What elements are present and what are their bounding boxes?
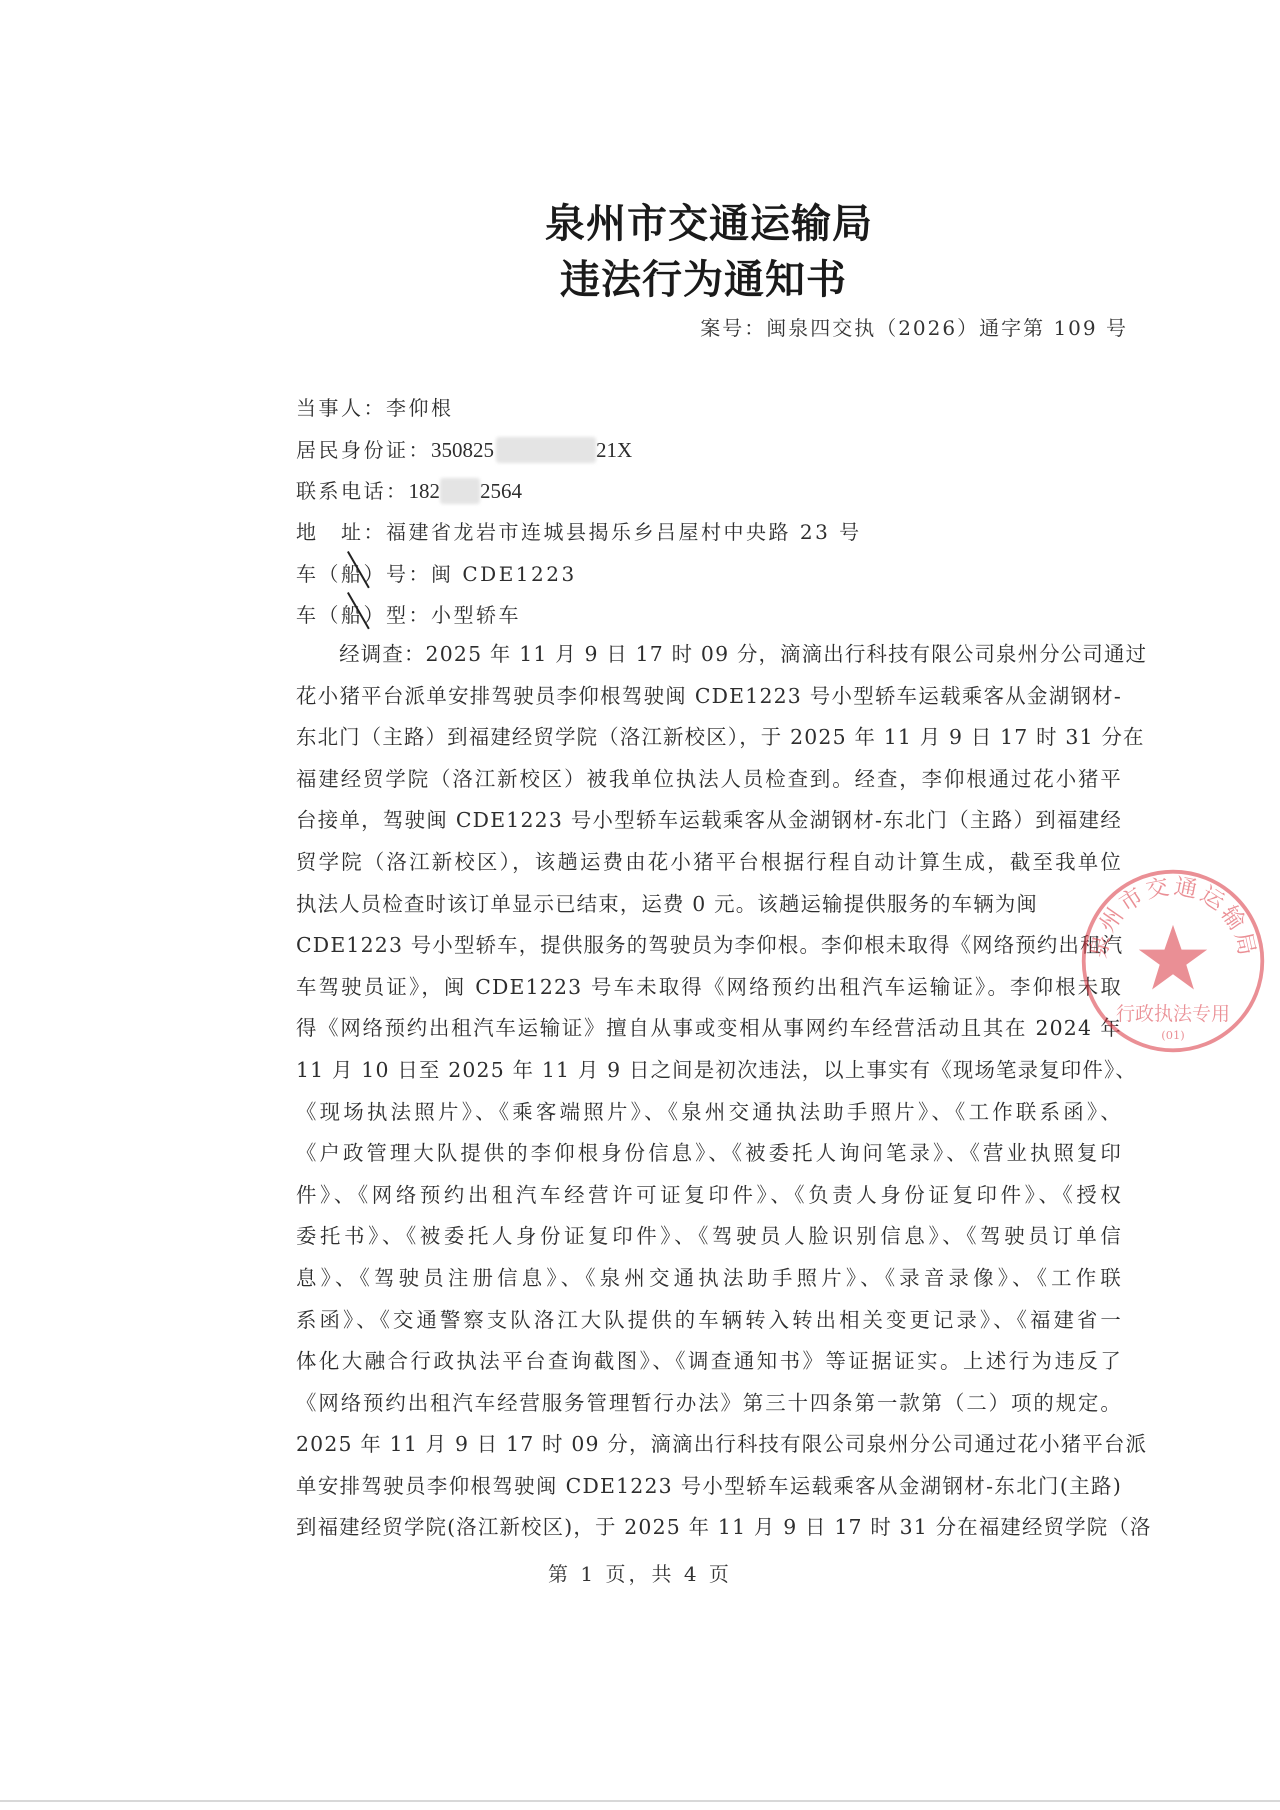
phone-redaction xyxy=(440,478,480,504)
address-field: 地 址：福建省龙岩市连城县揭乐乡吕屋村中央路 23 号 xyxy=(296,516,862,545)
body-line: 《户政管理大队提供的李仰根身份信息》、《被委托人询问笔录》、《营业执照复印 xyxy=(296,1133,1122,1175)
phone-prefix: 182 xyxy=(409,479,441,503)
body-line: 福建经贸学院（洛江新校区）被我单位执法人员检查到。经查，李仰根通过花小猪平 xyxy=(296,759,1122,801)
case-number: 案号：闽泉四交执（2026）通字第 109 号 xyxy=(700,312,1128,341)
struck-character: 船 xyxy=(341,558,364,587)
body-line: 台接单，驾驶闽 CDE1223 号小型轿车运载乘客从金湖钢材-东北门（主路）到福… xyxy=(296,800,1122,842)
phone-label: 联系电话： xyxy=(296,479,409,503)
plate-field: 车（船）号：闽 CDE1223 xyxy=(296,558,577,587)
page-edge-divider xyxy=(0,1800,1280,1802)
phone-suffix: 2564 xyxy=(480,479,522,503)
struck-character: 船 xyxy=(341,599,364,628)
body-line: 贸学院（洛江新校区），该趟运费由花小猪平台根据行程自动计算生成，截至我单位 xyxy=(296,842,1122,884)
body-line: 《现场执法照片》、《乘客端照片》、《泉州交通执法助手照片》、《工作联系函》、 xyxy=(296,1092,1122,1134)
document-page: 泉州市交通运输局 违法行为通知书 案号：闽泉四交执（2026）通字第 109 号… xyxy=(0,0,1280,1810)
agency-title: 泉州市交通运输局 xyxy=(58,192,1238,249)
svg-text:(01): (01) xyxy=(1161,1028,1184,1042)
type-label-part: ）型： xyxy=(364,603,432,627)
plate-label-part: 车（ xyxy=(296,562,341,586)
vehicle-type-value: 小型轿车 xyxy=(431,603,521,627)
type-label-part: 车（ xyxy=(296,603,341,627)
body-line: 花小猪平台派单安排驾驶员李仰根驾驶闽 CDE1223 号小型轿车运载乘客从金湖钢… xyxy=(296,676,1122,718)
official-seal-icon: 泉州市交通运输局 行政执法专用 (01) xyxy=(1078,866,1268,1056)
plate-value: 闽 CDE1223 xyxy=(431,562,577,586)
id-suffix: 21X xyxy=(596,438,632,462)
id-redaction xyxy=(496,437,596,463)
body-line: 体化大融合行政执法平台查询截图》、《调查通知书》等证据证实。上述行为违反了 xyxy=(296,1341,1122,1383)
body-line: 车驾驶员证》，闽 CDE1223 号车未取得《网络预约出租汽车运输证》。李仰根未… xyxy=(296,967,1122,1009)
address-value: 福建省龙岩市连城县揭乐乡吕屋村中央路 23 号 xyxy=(386,520,862,544)
body-line: 息》、《驾驶员注册信息》、《泉州交通执法助手照片》、《录音录像》、《工作联 xyxy=(296,1258,1122,1300)
address-label: 地 址： xyxy=(296,520,386,544)
id-prefix: 350825 xyxy=(431,438,494,462)
body-line: 《网络预约出租汽车经营服务管理暂行办法》第三十四条第一款第（二）项的规定。 xyxy=(296,1383,1122,1425)
body-line: 件》、《网络预约出租汽车经营许可证复印件》、《负责人身份证复印件》、《授权 xyxy=(296,1175,1122,1217)
party-name-field: 当事人：李仰根 xyxy=(296,392,454,421)
body-line: 到福建经贸学院(洛江新校区)，于 2025 年 11 月 9 日 17 时 31… xyxy=(296,1507,1122,1549)
vehicle-type-field: 车（船）型：小型轿车 xyxy=(296,599,521,628)
plate-label-part: ）号： xyxy=(364,562,432,586)
party-name-value: 李仰根 xyxy=(386,396,454,420)
body-line: 得《网络预约出租汽车运输证》擅自从事或变相从事网约车经营活动且其在 2024 年 xyxy=(296,1008,1122,1050)
party-name-label: 当事人： xyxy=(296,396,386,420)
body-line: CDE1223 号小型轿车，提供服务的驾驶员为李仰根。李仰根未取得《网络预约出租… xyxy=(296,925,1122,967)
id-label: 居民身份证： xyxy=(296,438,431,462)
body-line: 经调查：2025 年 11 月 9 日 17 时 09 分，滴滴出行科技有限公司… xyxy=(296,634,1122,676)
investigation-body: 经调查：2025 年 11 月 9 日 17 时 09 分，滴滴出行科技有限公司… xyxy=(296,634,1122,1549)
body-line: 委托书》、《被委托人身份证复印件》、《驾驶员人脸识别信息》、《驾驶员订单信 xyxy=(296,1216,1122,1258)
body-line: 系函》、《交通警察支队洛江大队提供的车辆转入转出相关变更记录》、《福建省一 xyxy=(296,1300,1122,1342)
svg-text:行政执法专用: 行政执法专用 xyxy=(1116,1003,1230,1025)
phone-field: 联系电话：1822564 xyxy=(296,475,522,504)
body-line: 执法人员检查时该订单显示已结束，运费 0 元。该趟运输提供服务的车辆为闽 xyxy=(296,884,1122,926)
body-line: 11 月 10 日至 2025 年 11 月 9 日之间是初次违法，以上事实有《… xyxy=(296,1050,1122,1092)
id-number-field: 居民身份证：35082521X xyxy=(296,434,632,463)
page-indicator: 第 1 页，共 4 页 xyxy=(0,1558,1280,1587)
document-type-title: 违法行为通知书 xyxy=(58,248,1238,305)
body-line: 东北门（主路）到福建经贸学院（洛江新校区），于 2025 年 11 月 9 日 … xyxy=(296,717,1122,759)
body-line: 2025 年 11 月 9 日 17 时 09 分，滴滴出行科技有限公司泉州分公… xyxy=(296,1424,1122,1466)
body-line: 单安排驾驶员李仰根驾驶闽 CDE1223 号小型轿车运载乘客从金湖钢材-东北门(… xyxy=(296,1466,1122,1508)
